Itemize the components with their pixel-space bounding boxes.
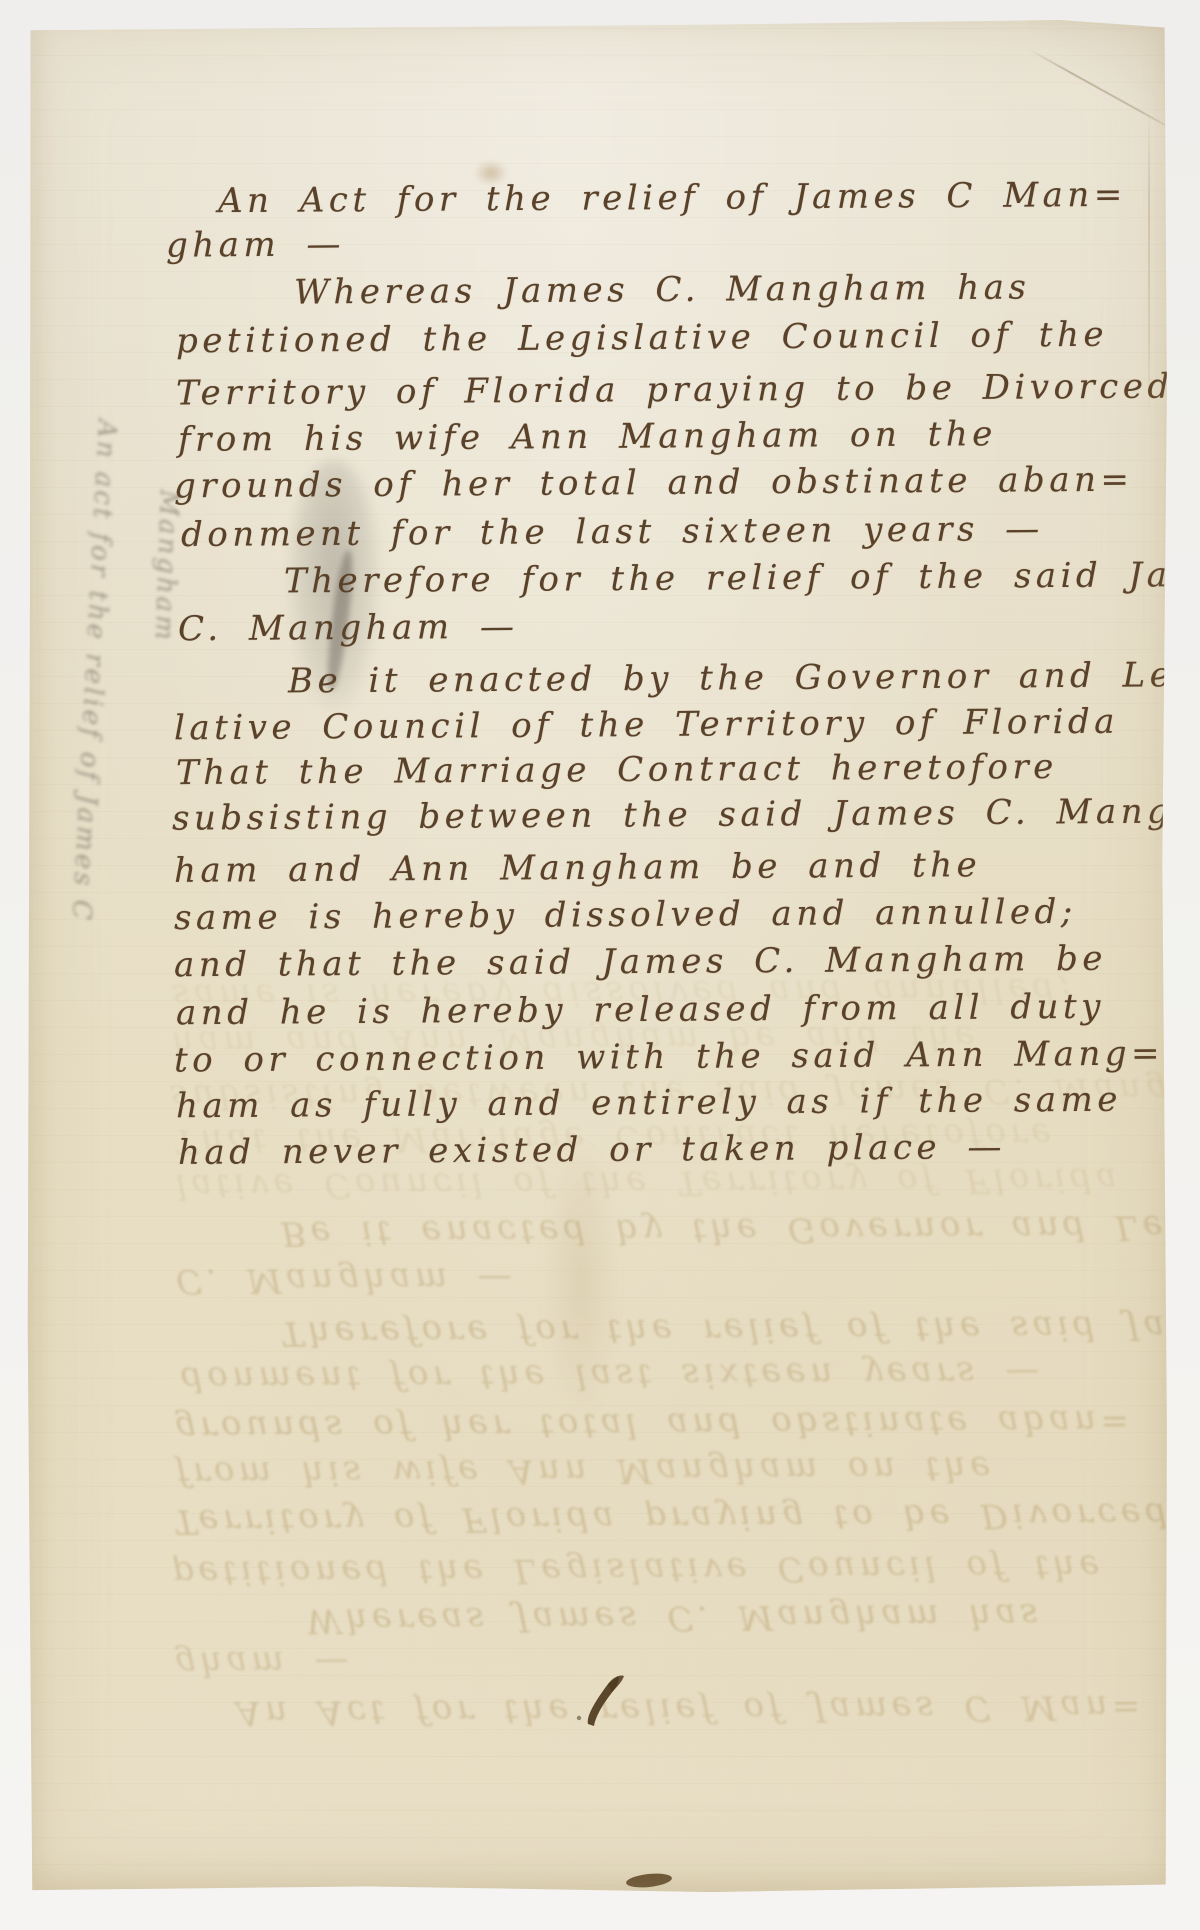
bleedthrough-line: Be it enacted by the Governor and Legis= [281,1203,1200,1258]
manuscript-line: ham and Ann Mangham be and the [174,841,982,895]
bleedthrough-line: C. Mangham — [176,1255,517,1305]
bleedthrough-line: gham — [174,1638,353,1687]
manuscript-page: same is hereby dissolved and annulled;ha… [26,20,1168,1892]
manuscript-line: gham — [166,220,345,269]
bleedthrough-line: Therefore for the relief of the said Jam… [281,1303,1200,1358]
bleedthrough-line: Whereas James C. Mangham has [306,1591,1043,1644]
manuscript-line: and that the said James C. Mangham be [174,935,1107,990]
bleedthrough-line: petitioned the Legislative Council of th… [172,1543,1104,1598]
manuscript-line: grounds of her total and obstinate aban= [174,456,1134,511]
bleedthrough-line: An Act for the relief of James C Man= [236,1683,1145,1737]
manuscript-line: petitioned the Legislative Council of th… [176,311,1108,366]
scan-background: same is hereby dissolved and annulled;ha… [0,0,1200,1930]
manuscript-line: Territory of Florida praying to be Divor… [176,363,1174,418]
manuscript-line: ham as fully and entirely as if the same [176,1076,1122,1131]
manuscript-line: Whereas James C. Mangham has [294,263,1031,316]
margin-note-line: An act for the relief of James C [66,418,122,923]
ink-blot-bottom-edge [625,1872,672,1890]
manuscript-line: donment for the last sixteen years — [181,505,1044,559]
manuscript-line: Therefore for the relief of the said Jam… [284,551,1200,606]
bleedthrough-line: donment for the last sixteen years — [181,1349,1044,1403]
corner-fold-shading [1028,20,1168,135]
manuscript-line: had never existed or taken place — [178,1123,1006,1177]
manuscript-line: C. Mangham — [178,603,519,653]
manuscript-line: from his wife Ann Mangham on the [178,410,997,464]
ink-blot [574,1672,638,1730]
bleedthrough-line: Territory of Florida praying to be Divor… [174,1491,1172,1546]
manuscript-line: and he is hereby released from all duty [176,983,1105,1037]
manuscript-line: An Act for the relief of James C Man= [218,171,1127,225]
bleedthrough-line: from his wife Ann Mangham on the [176,1444,995,1498]
manuscript-line: same is hereby dissolved and annulled; [174,888,1077,942]
manuscript-line: subsisting between the said James C. Man… [172,787,1200,842]
